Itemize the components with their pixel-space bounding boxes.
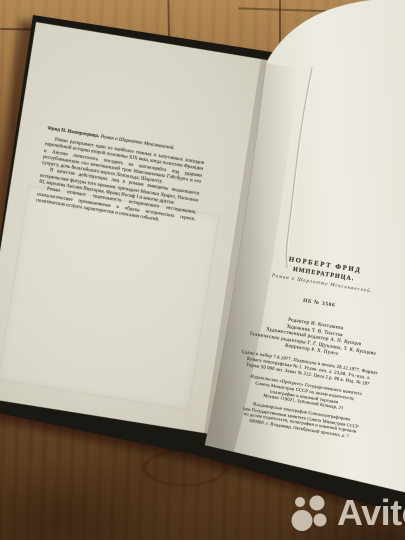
avito-watermark-label: Avito [337, 495, 405, 531]
book-product-photo: Фрид Н. Императрица. Роман о Шарлотте Ме… [0, 0, 405, 540]
avito-logo-icon [288, 490, 334, 534]
avito-watermark: Avito [288, 490, 405, 534]
